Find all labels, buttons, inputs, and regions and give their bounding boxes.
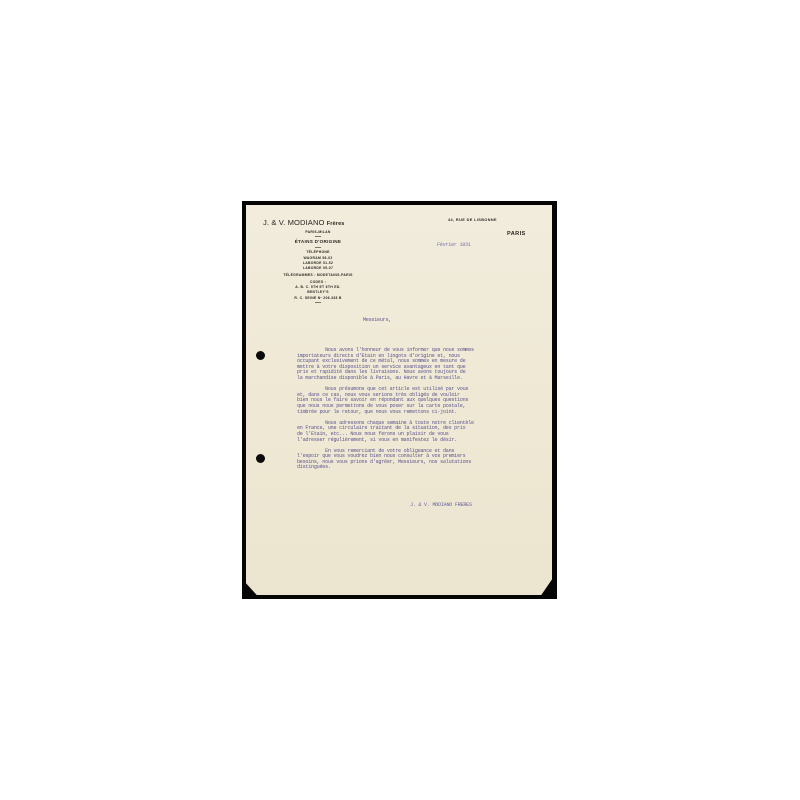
letter-salutation: Messieurs, bbox=[363, 318, 391, 324]
company-suffix: Frères bbox=[327, 221, 345, 227]
telephone-line: LABORDE 51-52 bbox=[263, 261, 373, 265]
letter-signature: J. & V. MODIANO FRERES bbox=[410, 503, 472, 509]
telephone-label: TÉLÉPHONE bbox=[263, 250, 373, 254]
address-city: PARIS bbox=[507, 231, 526, 237]
letterhead-left: J. & V. MODIANO Frères PARIS-MILAN ÉTAIN… bbox=[263, 218, 373, 305]
punch-hole-top bbox=[256, 351, 265, 360]
letterhead-divider bbox=[315, 236, 321, 237]
company-name-text: J. & V. MODIANO bbox=[263, 218, 325, 227]
letterhead-divider bbox=[315, 247, 321, 248]
body-paragraph: Nous présumons que cet article est utili… bbox=[297, 387, 474, 415]
body-paragraph: Nous adressons chaque semaine à toute no… bbox=[297, 421, 474, 443]
codes-value: A. B. C. 5TH ET 6TH ED. bbox=[263, 285, 373, 289]
telephone-line: LABORDE 05-07 bbox=[263, 266, 373, 270]
registry-number: R. C. SEINE Nº 206.338 B bbox=[263, 296, 373, 300]
punch-hole-bottom bbox=[256, 454, 265, 463]
company-product: ÉTAINS D'ORIGINE bbox=[263, 239, 373, 245]
telegraph-address: TÉLÉGRAMMES : MODETAINS-PARIS bbox=[263, 273, 373, 277]
street-address: 44, RUE DE LISBONNE bbox=[448, 218, 497, 222]
company-name: J. & V. MODIANO Frères bbox=[263, 218, 373, 227]
letterhead-divider bbox=[315, 302, 321, 303]
codes-label: CODES : bbox=[263, 280, 373, 284]
bentleys-label: BENTLEY'S bbox=[263, 290, 373, 294]
body-paragraph: Nous avons l'honneur de vous informer qu… bbox=[297, 348, 474, 382]
company-cities: PARIS-MILAN bbox=[263, 230, 373, 234]
letter-body: Nous avons l'honneur de vous informer qu… bbox=[297, 348, 474, 477]
letter-date: Février 1931 bbox=[437, 243, 471, 249]
telephone-line: WAGRAM 56-02 bbox=[263, 256, 373, 260]
body-paragraph: En vous remerciant de votre obligeance e… bbox=[297, 449, 474, 471]
